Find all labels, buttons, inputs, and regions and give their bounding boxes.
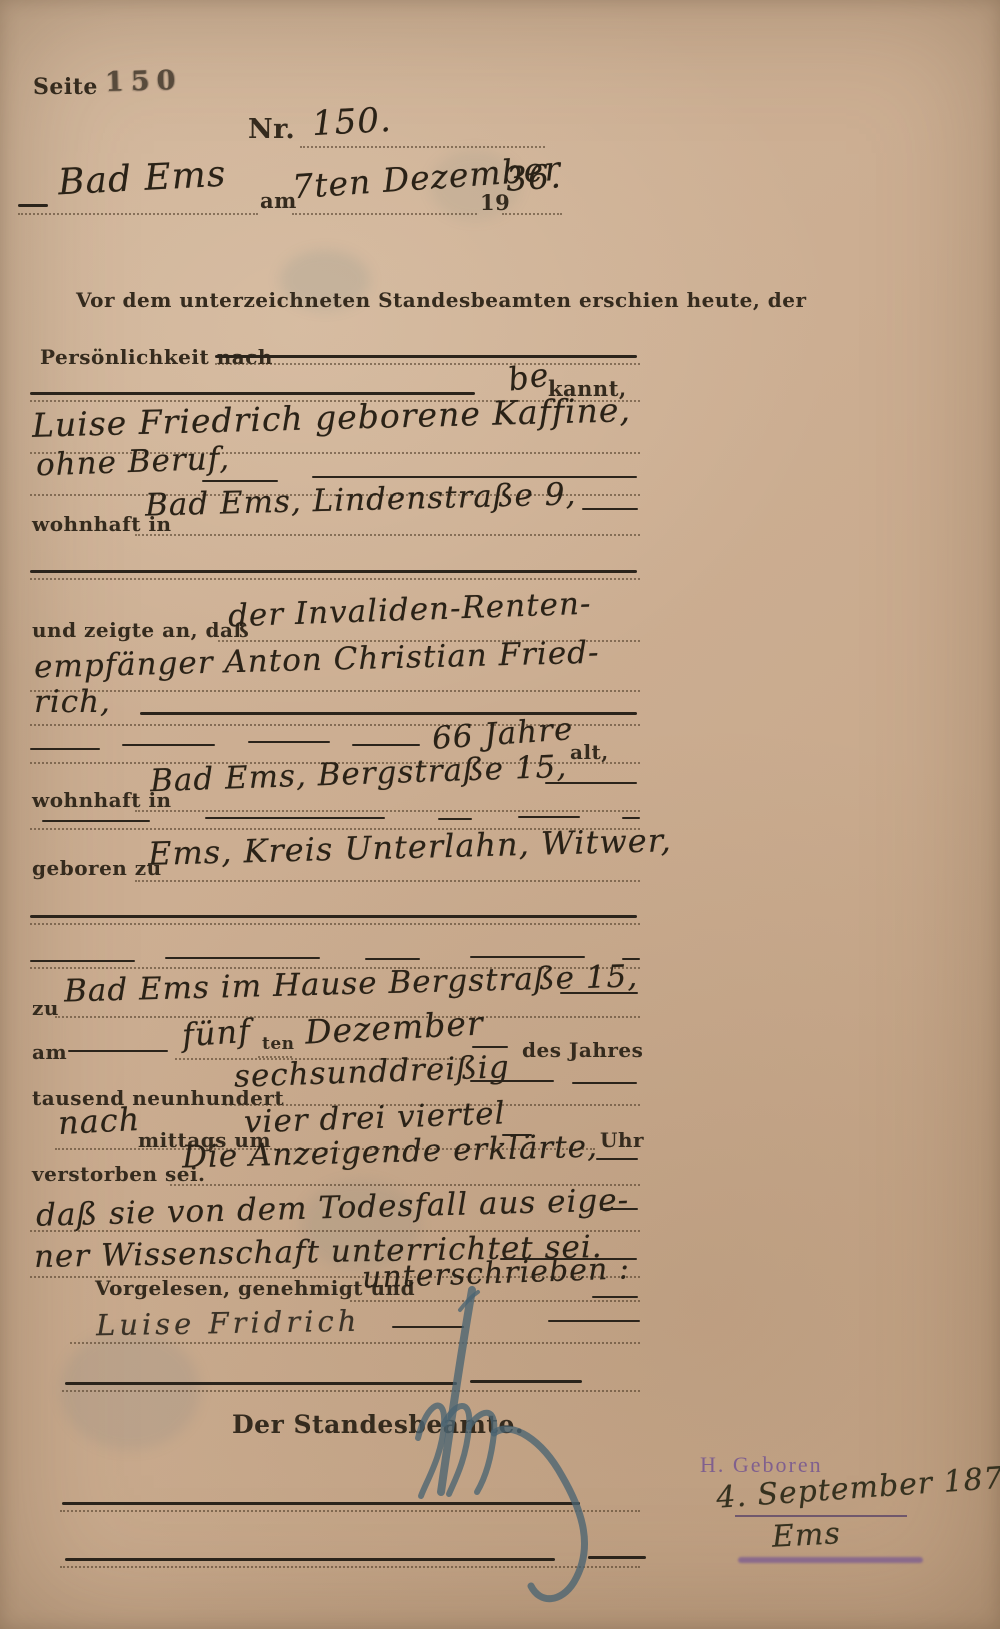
des-jahres-label: des Jahres [522, 1038, 643, 1062]
dash [582, 508, 638, 510]
dash [600, 1208, 638, 1210]
dotted-line [215, 363, 640, 365]
declarant-signature: Luise Fridrich [96, 1304, 361, 1343]
dash [365, 958, 420, 960]
year-prefix: 19 [480, 190, 510, 215]
notice-label: und zeigte an, daß [32, 618, 249, 642]
declarant-occupation: ohne Beruf, [35, 441, 230, 484]
dash [312, 476, 637, 478]
registrar-signature-ink [400, 1280, 650, 1620]
deceased-residence: Bad Ems, Bergstraße 15, [149, 749, 567, 800]
record-number-value: 150. [311, 100, 393, 144]
dash [622, 817, 640, 819]
death-register-document: Seite 150 Nr. 150. Bad Ems am 7ten Dezem… [0, 0, 1000, 1629]
dotted-line [300, 146, 545, 148]
dotted-line [292, 213, 477, 215]
stamp-place-handwritten: Ems [771, 1516, 841, 1555]
blank-line [30, 570, 637, 573]
declarant-residence: Bad Ems, Lindenstraße 9, [145, 476, 577, 523]
dash [122, 744, 215, 746]
dash [165, 957, 320, 959]
am-label: am [260, 188, 297, 213]
dash [596, 1158, 638, 1160]
dash [30, 748, 100, 750]
dotted-line [30, 690, 640, 692]
dotted-line [135, 880, 640, 882]
intro-line: Vor dem unterzeichneten Standesbeamten e… [76, 288, 807, 312]
blank-line [30, 392, 475, 395]
deceased-line3: rich, [34, 684, 111, 720]
birthplace-label: geboren zu [32, 856, 162, 880]
dotted-line [135, 534, 640, 536]
dotted-line [30, 923, 640, 925]
dotted-line [30, 578, 640, 580]
place-handwritten: Bad Ems [57, 154, 227, 204]
declaration-line2: daß sie von dem Todesfall aus eige- [36, 1182, 630, 1234]
ordinal-suffix-label: ten [262, 1034, 295, 1054]
dash [560, 992, 638, 994]
uhr-label: Uhr [600, 1128, 644, 1152]
blank-line [30, 915, 637, 918]
blank-line [215, 355, 637, 358]
time-prefix-handwritten: nach [57, 1100, 141, 1142]
blank-line [65, 1382, 457, 1385]
page-label: Seite [33, 74, 98, 100]
dotted-line [502, 213, 562, 215]
declarant-name: Luise Friedrich geborene Kaffine, [32, 390, 632, 445]
dash [30, 960, 135, 962]
death-month: Dezember [304, 1003, 484, 1051]
page-number-stamp: 150 [105, 65, 183, 98]
death-day: fünf [181, 1012, 252, 1055]
year-suffix: 36. [505, 156, 563, 199]
dash [438, 818, 472, 820]
record-number-label: Nr. [248, 114, 295, 145]
death-date-label: am [32, 1040, 67, 1064]
alt-label: alt, [570, 740, 609, 764]
dash [18, 204, 48, 207]
dash [518, 816, 580, 818]
died-label: verstorben sei. [32, 1162, 206, 1186]
dash [470, 1080, 554, 1082]
dash [352, 744, 420, 746]
stamp-bar [738, 1557, 923, 1563]
dash [68, 1050, 168, 1052]
dash [248, 741, 330, 743]
dash [202, 480, 278, 482]
dash [572, 1082, 637, 1084]
deceased-line1: der Invaliden-Renten- [227, 586, 591, 635]
dash [42, 820, 150, 822]
dotted-line [18, 213, 258, 215]
deceased-line2: empfänger Anton Christian Fried- [34, 635, 600, 686]
dash [470, 956, 585, 958]
dash [545, 782, 637, 784]
dotted-line [135, 810, 640, 812]
dash [472, 1046, 508, 1048]
dash [205, 817, 385, 819]
